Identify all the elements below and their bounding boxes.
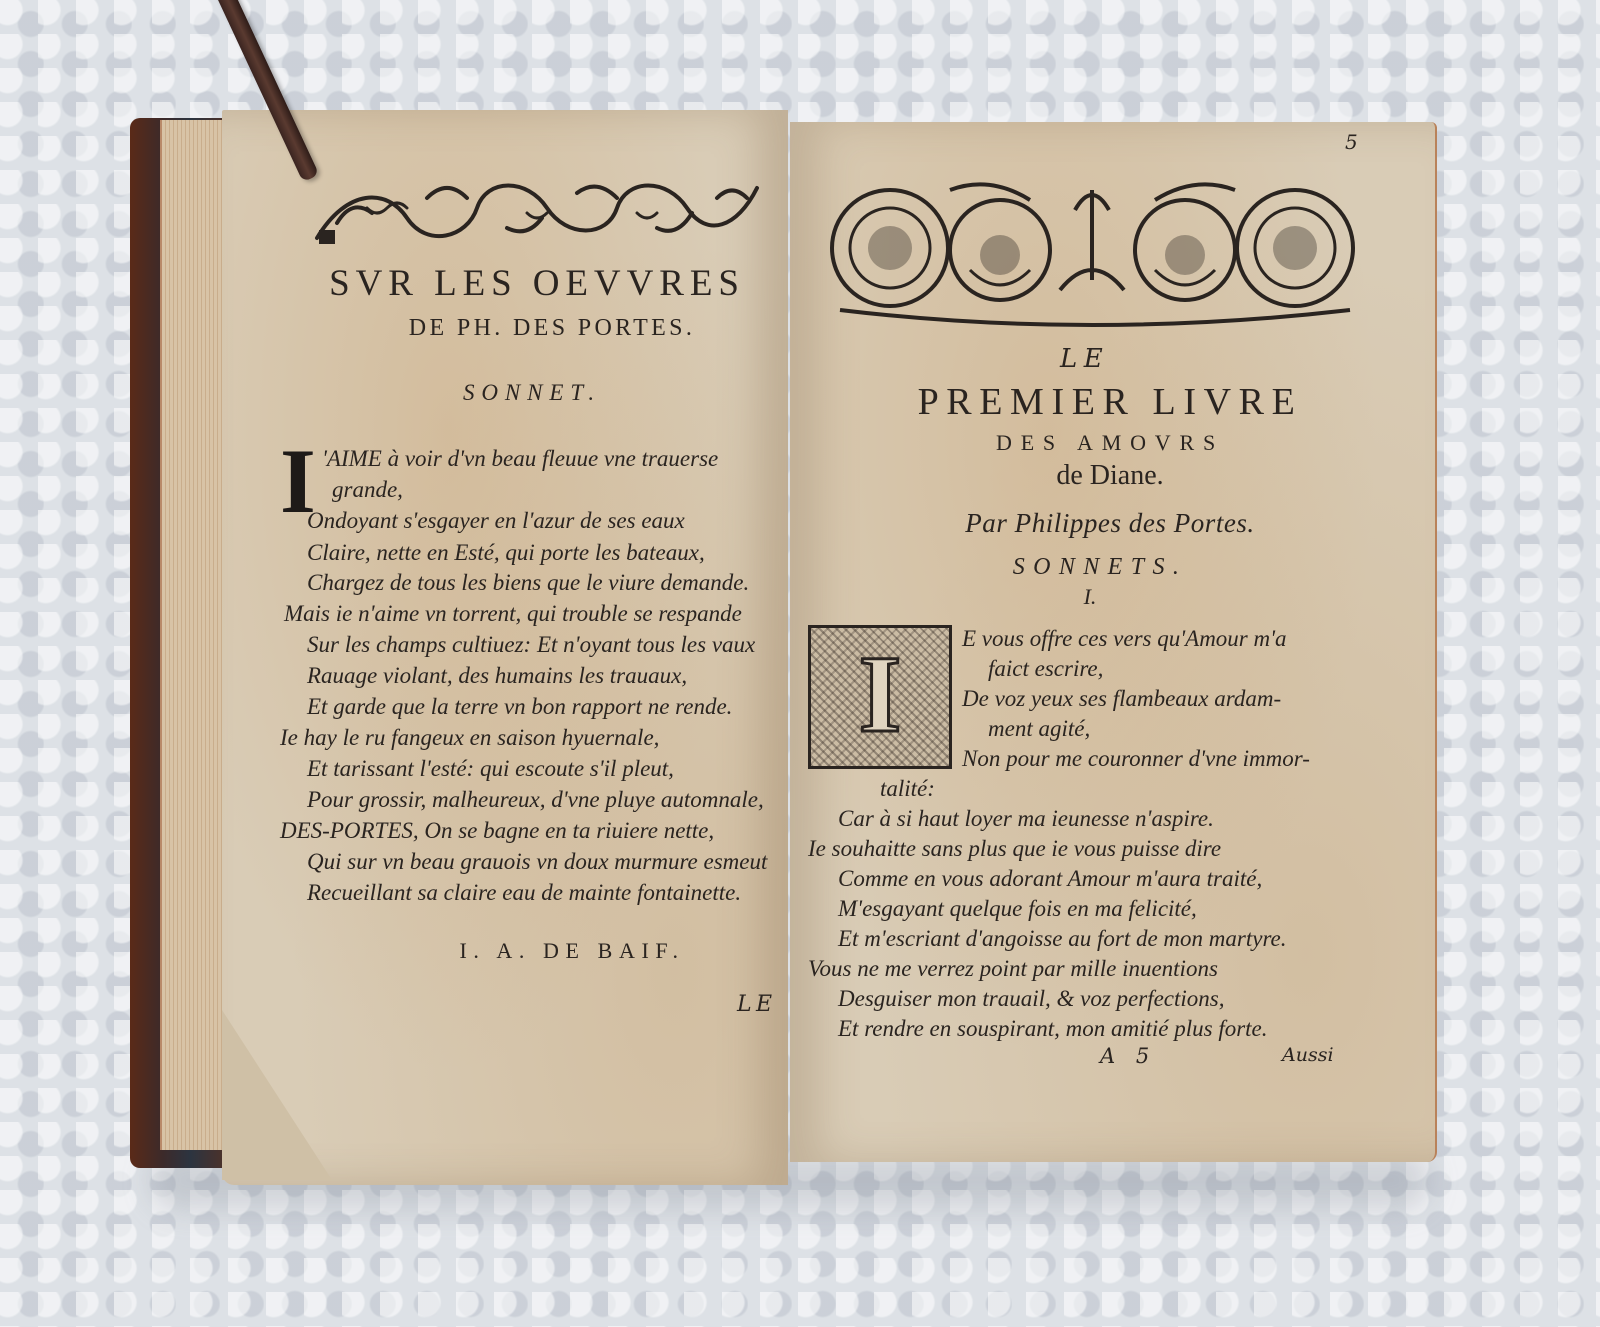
- right-subtitle-2: de Diane.: [960, 460, 1260, 492]
- left-line: grande,: [332, 477, 403, 503]
- left-line: Recueillant sa claire eau de mainte font…: [307, 880, 741, 906]
- left-line: Claire, nette en Esté, qui porte les bat…: [307, 540, 705, 566]
- signature-mark: A 5: [1100, 1044, 1149, 1068]
- right-line: Vous ne me verrez point par mille inuent…: [808, 956, 1218, 982]
- right-line: Car à si haut loyer ma ieunesse n'aspire…: [838, 806, 1214, 832]
- left-line: Ie hay le ru fangeux en saison hyuernale…: [280, 725, 659, 751]
- left-line: Chargez de tous les biens que le viure d…: [307, 570, 749, 596]
- right-line: Et m'escriant d'angoisse au fort de mon …: [838, 926, 1287, 952]
- right-line: talité:: [880, 776, 935, 802]
- right-page: 5 LE PREMIER LIVRE DES AMOVRS de Diane. …: [790, 122, 1437, 1162]
- right-line: Et rendre en souspirant, mon amitié plus…: [838, 1016, 1268, 1042]
- left-line: Rauage violant, des humains les trauaux,: [307, 663, 687, 689]
- right-line: E vous offre ces vers qu'Amour m'a: [962, 626, 1287, 652]
- left-catchword: LE: [737, 992, 776, 1017]
- left-line: 'AIME à voir d'vn beau fleuue vne trauer…: [322, 446, 718, 472]
- right-line: ment agité,: [988, 716, 1090, 742]
- right-line: M'esgayant quelque fois en ma felicité,: [838, 896, 1197, 922]
- left-line: Pour grossir, malheureux, d'vne pluye au…: [307, 787, 764, 813]
- right-catchword: Aussi: [1282, 1044, 1334, 1066]
- folded-corner: [222, 1010, 332, 1180]
- left-headpiece-ornament-icon: [307, 168, 767, 253]
- left-line: Et tarissant l'esté: qui escoute s'il pl…: [307, 756, 674, 782]
- right-author: Par Philippes des Portes.: [890, 508, 1330, 539]
- left-title: SVR LES OEVVRES: [292, 262, 782, 305]
- left-line: Et garde que la terre vn bon rapport ne …: [307, 694, 732, 720]
- right-headpiece-ornament-icon: [820, 170, 1365, 330]
- right-line: faict escrire,: [988, 656, 1103, 682]
- right-line: Comme en vous adorant Amour m'aura trait…: [838, 866, 1262, 892]
- right-title: PREMIER LIVRE: [830, 380, 1390, 424]
- right-line: Ie souhaitte sans plus que ie vous puiss…: [808, 836, 1221, 862]
- left-line: Ondoyant s'esgayer en l'azur de ses eaux: [307, 508, 685, 534]
- right-line: Desguiser mon trauail, & voz perfections…: [838, 986, 1225, 1012]
- left-line: DES-PORTES, On se bagne en ta riuiere ne…: [280, 818, 714, 844]
- right-pre-title: LE: [1060, 344, 1109, 374]
- left-line: Qui sur vn beau grauois vn doux murmure …: [307, 849, 767, 875]
- left-signature: I. A. DE BAIF.: [412, 938, 732, 964]
- right-line: Non pour me couronner d'vne immor-: [962, 746, 1310, 772]
- left-heading: SONNET.: [402, 380, 662, 406]
- left-subtitle: DE PH. DES PORTES.: [342, 315, 762, 342]
- woodcut-initial-letter: I: [859, 631, 902, 758]
- right-line: De voz yeux ses flambeaux ardam-: [962, 686, 1281, 712]
- left-line: Sur les champs cultiuez: Et n'oyant tous…: [307, 632, 755, 658]
- right-subtitle: DES AMOVRS: [910, 430, 1310, 456]
- right-section: SONNETS.: [940, 554, 1260, 581]
- woodcut-initial: I: [808, 625, 952, 769]
- left-line: Mais ie n'aime vn torrent, qui trouble s…: [284, 601, 742, 627]
- right-sonnet-number: I.: [1060, 584, 1120, 610]
- page-number: 5: [1345, 130, 1358, 154]
